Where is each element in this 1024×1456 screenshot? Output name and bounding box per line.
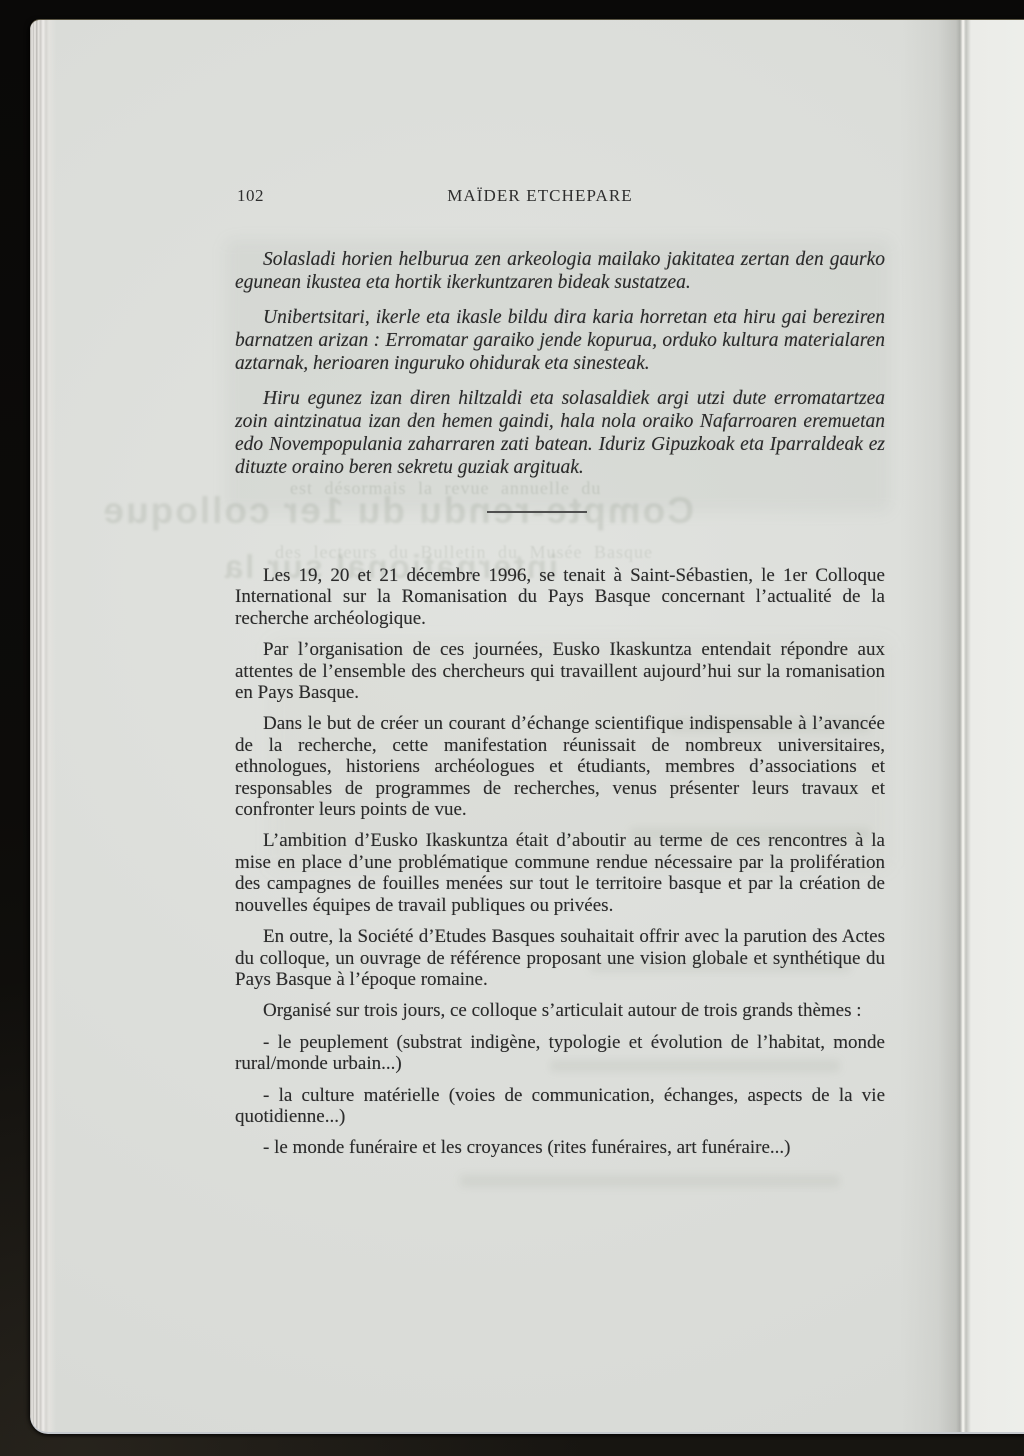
- french-paragraph-6: Organisé sur trois jours, ce colloque s’…: [235, 1000, 885, 1021]
- french-paragraph-4: L’ambition d’Eusko Ikaskuntza était d’ab…: [235, 830, 885, 916]
- french-paragraph-5: En outre, la Société d’Etudes Basques so…: [235, 926, 885, 990]
- page-stack-edges: [30, 20, 56, 1432]
- text-column: Solasladi horien helburua zen arkeologia…: [235, 248, 885, 1159]
- book-gutter: [900, 20, 1024, 1432]
- french-paragraph-1: Les 19, 20 et 21 décembre 1996, se tenai…: [235, 565, 885, 629]
- running-header-title: MAÏDER ETCHEPARE: [235, 186, 845, 206]
- showthrough-smudge: [460, 1175, 840, 1187]
- basque-paragraph-2: Unibertsitari, ikerle eta ikasle bildu d…: [235, 306, 885, 375]
- french-report: Les 19, 20 et 21 décembre 1996, se tenai…: [235, 565, 885, 1159]
- theme-item-culture-materielle: - la culture matérielle (voies de commun…: [235, 1085, 885, 1128]
- theme-item-peuplement: - le peuplement (substrat indigène, typo…: [235, 1032, 885, 1075]
- theme-item-monde-funeraire: - le monde funéraire et les croyances (r…: [235, 1137, 885, 1158]
- book-page: est désormais la revue annuelle du Compt…: [30, 20, 1024, 1432]
- book-scan-photo: est désormais la revue annuelle du Compt…: [0, 0, 1024, 1456]
- running-head: 102 MAÏDER ETCHEPARE: [235, 186, 885, 208]
- section-divider-rule: [487, 511, 587, 513]
- french-paragraph-2: Par l’organisation de ces journées, Eusk…: [235, 639, 885, 703]
- basque-abstract: Solasladi horien helburua zen arkeologia…: [235, 248, 885, 479]
- basque-paragraph-3: Hiru egunez izan diren hiltzaldi eta sol…: [235, 387, 885, 479]
- basque-paragraph-1: Solasladi horien helburua zen arkeologia…: [235, 248, 885, 294]
- french-paragraph-3: Dans le but de créer un courant d’échang…: [235, 713, 885, 820]
